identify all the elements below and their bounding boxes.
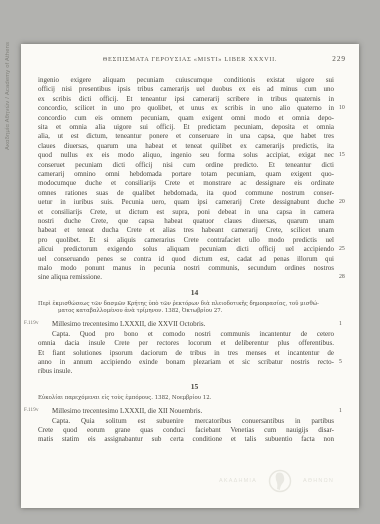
line-text: conseruet pecuniam dicti officij nisi cu… — [38, 161, 334, 170]
line-text: quod nullus ex eis modo aliquo, ingenio … — [38, 151, 334, 161]
line-text: ex scribis dicti officij. Et teneantur i… — [38, 95, 334, 104]
line-text: modocumque duche et consiliarijs Crete e… — [38, 179, 334, 188]
text-line: Crete quod eorum grane quas conduci faci… — [38, 426, 351, 435]
greek-summary-text: Εὐκολίαι παρεχόμεναι εἰς τοὺς ἐμπόρους. … — [38, 395, 211, 401]
line-text: ribus insule. — [38, 367, 334, 376]
section-number-14: 14 — [38, 288, 351, 297]
line-number — [334, 179, 351, 188]
text-line: ribus insule. — [38, 367, 351, 376]
text-line: habeat et teneat ducha Crete et alias tr… — [38, 226, 351, 235]
line-text: uel conseruando penes se contra id quod … — [38, 255, 334, 264]
latin-paragraph-continuation: ingenio exigere aliquam pecuniam cuiuscu… — [38, 76, 351, 283]
line-text: Capta. Quia solitum est subuenire mercat… — [38, 417, 334, 426]
line-number: 15 — [334, 151, 351, 161]
text-line: pro quolibet. Et si aliquis camerarius C… — [38, 236, 351, 245]
greek-summary-14: Περὶ ἐκμισθώσεως τῶν δασμῶν Κρήτης ὑπὸ τ… — [38, 301, 351, 315]
line-text: concordio cum eis omnem pecuniam, quam e… — [38, 114, 334, 123]
athena-head-emblem-icon — [268, 467, 292, 495]
line-text: matis statim eis assignabantur sub certa… — [38, 435, 334, 444]
text-line: Capta. Quod pro bono et comodo nostri co… — [38, 330, 351, 339]
text-line: Millesimo trecentesimo LXXXII, die XII N… — [38, 407, 351, 417]
line-text: pro quolibet. Et si aliquis camerarius C… — [38, 236, 334, 245]
text-line: ingenio exigere aliquam pecuniam cuiuscu… — [38, 76, 351, 85]
greek-summary-15: Εὐκολίαι παρεχόμεναι εἰς τοὺς ἐμπόρους. … — [38, 395, 351, 402]
text-line: matis statim eis assignabantur sub certa… — [38, 435, 351, 444]
latin-section-15: F.119v Millesimo trecentesimo LXXXII, di… — [38, 407, 351, 445]
line-number: 1 — [334, 407, 351, 417]
text-line: ex scribis dicti officij. Et teneantur i… — [38, 95, 351, 104]
latin-section-14: F.119v Millesimo trecentesimo LXXXII, di… — [38, 320, 351, 377]
line-text: officij nisi presentibus ipsis tribus ca… — [38, 85, 334, 94]
greek-summary-text: Περὶ ἐκμισθώσεως τῶν δασμῶν Κρήτης ὑπὸ τ… — [38, 301, 319, 307]
line-number — [334, 217, 351, 226]
line-number — [334, 161, 351, 170]
line-number — [334, 264, 351, 273]
line-text: ingenio exigere aliquam pecuniam cuiuscu… — [38, 76, 334, 85]
line-text: concordio, scilicet in uno pro quolibet,… — [38, 104, 334, 114]
text-line: omnia dacia insule Crete per rectores lo… — [38, 339, 351, 348]
text-line: anno in annum accipiendo exinde bonam pl… — [38, 358, 351, 368]
folio-note: F.119v — [24, 321, 39, 326]
text-line: concordio cum eis omnem pecuniam, quam e… — [38, 114, 351, 123]
line-number — [334, 255, 351, 264]
line-number — [334, 226, 351, 235]
line-number — [334, 208, 351, 217]
line-number — [334, 95, 351, 104]
text-line: nostri duche Crete, que capsa habeat qua… — [38, 217, 351, 226]
line-number — [334, 339, 351, 348]
side-watermark: Ακαδημία Αθηνών / Academy of Athens — [5, 18, 15, 150]
page-number: 229 — [332, 55, 346, 63]
folio-note: F.119v — [24, 408, 39, 413]
text-line: uetur in iuribus suis. Pecunia uero, qua… — [38, 198, 351, 208]
line-text: et consiliarijs Crete, ut dictum est sup… — [38, 208, 334, 217]
text-line: concordio, scilicet in uno pro quolibet,… — [38, 104, 351, 114]
text-line: quod nullus ex eis modo aliquo, ingenio … — [38, 151, 351, 161]
line-text: uetur in iuribus suis. Pecunia uero, qua… — [38, 198, 334, 208]
line-text: sita et omnia alia uigore sui officij. E… — [38, 123, 334, 132]
line-text: claues diuersas, quarum una habeat et te… — [38, 142, 334, 151]
latin-section-14-lines: Millesimo trecentesimo LXXXII, die XXVII… — [38, 320, 351, 377]
page-header: ΘΕΣΠΙΣΜΑΤΑ ΓΕΡΟΥΣΙΑΣ «MISTI» LIBER XXXVI… — [21, 56, 359, 66]
line-text: sine aliqua remissione. — [38, 273, 334, 283]
line-number — [334, 417, 351, 426]
book-page: ΘΕΣΠΙΣΜΑΤΑ ΓΕΡΟΥΣΙΑΣ «MISTI» LIBER XXXVI… — [21, 44, 359, 508]
line-number — [334, 170, 351, 179]
text-line: conseruet pecuniam dicti officij nisi cu… — [38, 161, 351, 170]
line-number — [334, 142, 351, 151]
text-line: uel conseruando penes se contra id quod … — [38, 255, 351, 264]
text-line: modocumque duche et consiliarijs Crete e… — [38, 179, 351, 188]
line-text: alia, ut est dictum, teneantur ponere et… — [38, 132, 334, 141]
line-number: 28 — [334, 273, 351, 283]
section-number-15: 15 — [38, 382, 351, 391]
line-number: 20 — [334, 198, 351, 208]
text-line: Capta. Quia solitum est subuenire mercat… — [38, 417, 351, 426]
line-number — [334, 330, 351, 339]
line-text: Crete quod eorum grane quas conduci faci… — [38, 426, 334, 435]
line-number — [334, 349, 351, 358]
line-number — [334, 85, 351, 94]
text-line: et consiliarijs Crete, ut dictum est sup… — [38, 208, 351, 217]
line-number — [334, 189, 351, 198]
line-text: malo modo ponunt manus in pecunia nostri… — [38, 264, 334, 273]
latin-section-15-lines: Millesimo trecentesimo LXXXII, die XII N… — [38, 407, 351, 445]
line-number — [334, 132, 351, 141]
line-number: 5 — [334, 358, 351, 368]
line-number: 1 — [334, 320, 351, 330]
line-text: Capta. Quod pro bono et comodo nostri co… — [38, 330, 334, 339]
line-text: camerarij omnino omni hebdomada portare … — [38, 170, 334, 179]
greek-summary-text: ματος καταβαλλομένου ἀνὰ τρίμηνον. 1382,… — [58, 308, 222, 314]
line-number — [334, 114, 351, 123]
text-line: omnes rationes suas de qualibet hebdomad… — [38, 189, 351, 198]
line-number: 25 — [334, 245, 351, 255]
line-number: 10 — [334, 104, 351, 114]
greek-summary-line: Περὶ ἐκμισθώσεως τῶν δασμῶν Κρήτης ὑπὸ τ… — [38, 301, 351, 308]
line-number — [334, 76, 351, 85]
text-line: Et fiant solutiones ipsorum daciorum de … — [38, 349, 351, 358]
running-title: ΘΕΣΠΙΣΜΑΤΑ ΓΕΡΟΥΣΙΑΣ «MISTI» LIBER XXXVI… — [103, 56, 277, 63]
line-number — [334, 367, 351, 376]
line-text: omnes rationes suas de qualibet hebdomad… — [38, 189, 334, 198]
text-column: ingenio exigere aliquam pecuniam cuiuscu… — [38, 76, 351, 445]
line-text: nostri duche Crete, que capsa habeat qua… — [38, 217, 334, 226]
stamp-text-left: ΑΚΑΔΗΜΙΑ — [219, 478, 257, 484]
text-line: officij nisi presentibus ipsis tribus ca… — [38, 85, 351, 94]
text-line: sita et omnia alia uigore sui officij. E… — [38, 123, 351, 132]
greek-summary-line: ματος καταβαλλομένου ἀνὰ τρίμηνον. 1382,… — [58, 308, 351, 315]
text-line: camerarij omnino omni hebdomada portare … — [38, 170, 351, 179]
line-text: Millesimo trecentesimo LXXXII, die XII N… — [38, 407, 334, 417]
line-text: Et fiant solutiones ipsorum daciorum de … — [38, 349, 334, 358]
line-number — [334, 426, 351, 435]
line-number — [334, 123, 351, 132]
line-text: alicui predictorum exigendo solus aliqua… — [38, 245, 334, 255]
text-line: Millesimo trecentesimo LXXXII, die XXVII… — [38, 320, 351, 330]
text-line: malo modo ponunt manus in pecunia nostri… — [38, 264, 351, 273]
stamp-text-right: ΑΘΗΝΩΝ — [303, 478, 334, 484]
line-number — [334, 236, 351, 245]
greek-summary-line: Εὐκολίαι παρεχόμεναι εἰς τοὺς ἐμπόρους. … — [38, 395, 351, 402]
text-line: alicui predictorum exigendo solus aliqua… — [38, 245, 351, 255]
line-text: omnia dacia insule Crete per rectores lo… — [38, 339, 334, 348]
text-line: alia, ut est dictum, teneantur ponere et… — [38, 132, 351, 141]
line-number — [334, 435, 351, 444]
line-text: Millesimo trecentesimo LXXXII, die XXVII… — [38, 320, 334, 330]
line-text: habeat et teneat ducha Crete et alias tr… — [38, 226, 334, 235]
text-line: sine aliqua remissione. 28 — [38, 273, 351, 283]
text-line: claues diuersas, quarum una habeat et te… — [38, 142, 351, 151]
academy-stamp: ΑΚΑΔΗΜΙΑ ΑΘΗΝΩΝ — [219, 467, 334, 495]
line-text: anno in annum accipiendo exinde bonam pl… — [38, 358, 334, 368]
